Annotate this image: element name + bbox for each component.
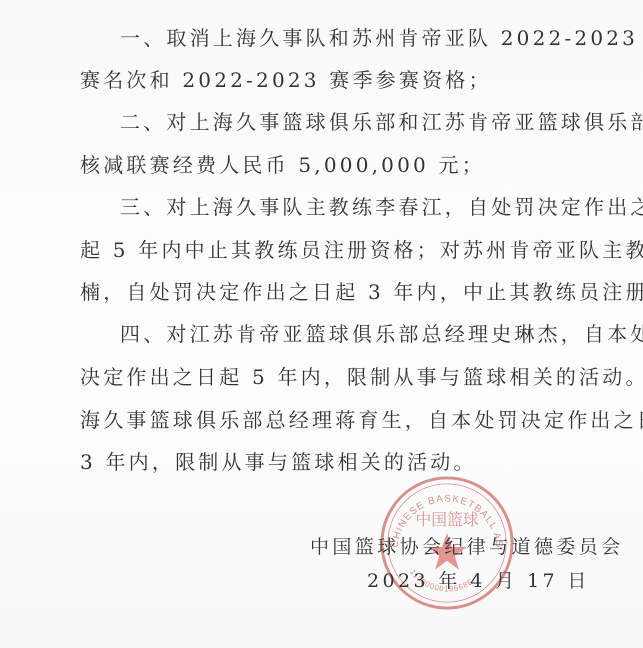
- paragraph-1-line-1: 一、取消上海久事队和苏州肯帝亚队 2022-2023 赛季比: [120, 26, 600, 50]
- issuer-signature: 中国篮球协会纪律与道德委员会: [310, 532, 624, 559]
- paragraph-2-line-1: 二、对上海久事篮球俱乐部和江苏肯帝亚篮球俱乐部各: [120, 110, 600, 134]
- issue-date: 2023 年 4 月 17 日: [367, 566, 590, 593]
- paragraph-3-line-2: 起 5 年内中止其教练员注册资格；对苏州肯帝亚队主教练李: [80, 238, 600, 262]
- document-page: 一、取消上海久事队和苏州肯帝亚队 2022-2023 赛季比 赛名次和 2022…: [0, 0, 643, 648]
- paragraph-4-line-2: 决定作出之日起 5 年内，限制从事与篮球相关的活动。对上: [80, 365, 600, 389]
- svg-text:中国篮球: 中国篮球: [415, 510, 478, 529]
- paragraph-1-line-2: 赛名次和 2022-2023 赛季参赛资格；: [80, 68, 600, 92]
- paragraph-4-line-4: 3 年内，限制从事与篮球相关的活动。: [80, 450, 600, 474]
- paragraph-3-line-3: 楠，自处罚决定作出之日起 3 年内，中止其教练员注册资格；: [80, 280, 600, 304]
- paragraph-4-line-1: 四、对江苏肯帝亚篮球俱乐部总经理史琳杰，自本处罚: [120, 322, 600, 346]
- paragraph-3-line-1: 三、对上海久事队主教练李春江，自处罚决定作出之日: [120, 195, 600, 219]
- paragraph-2-line-2: 核减联赛经费人民币 5,000,000 元；: [80, 153, 600, 177]
- paragraph-4-line-3: 海久事篮球俱乐部总经理蒋育生，自本处罚决定作出之日起: [80, 408, 600, 432]
